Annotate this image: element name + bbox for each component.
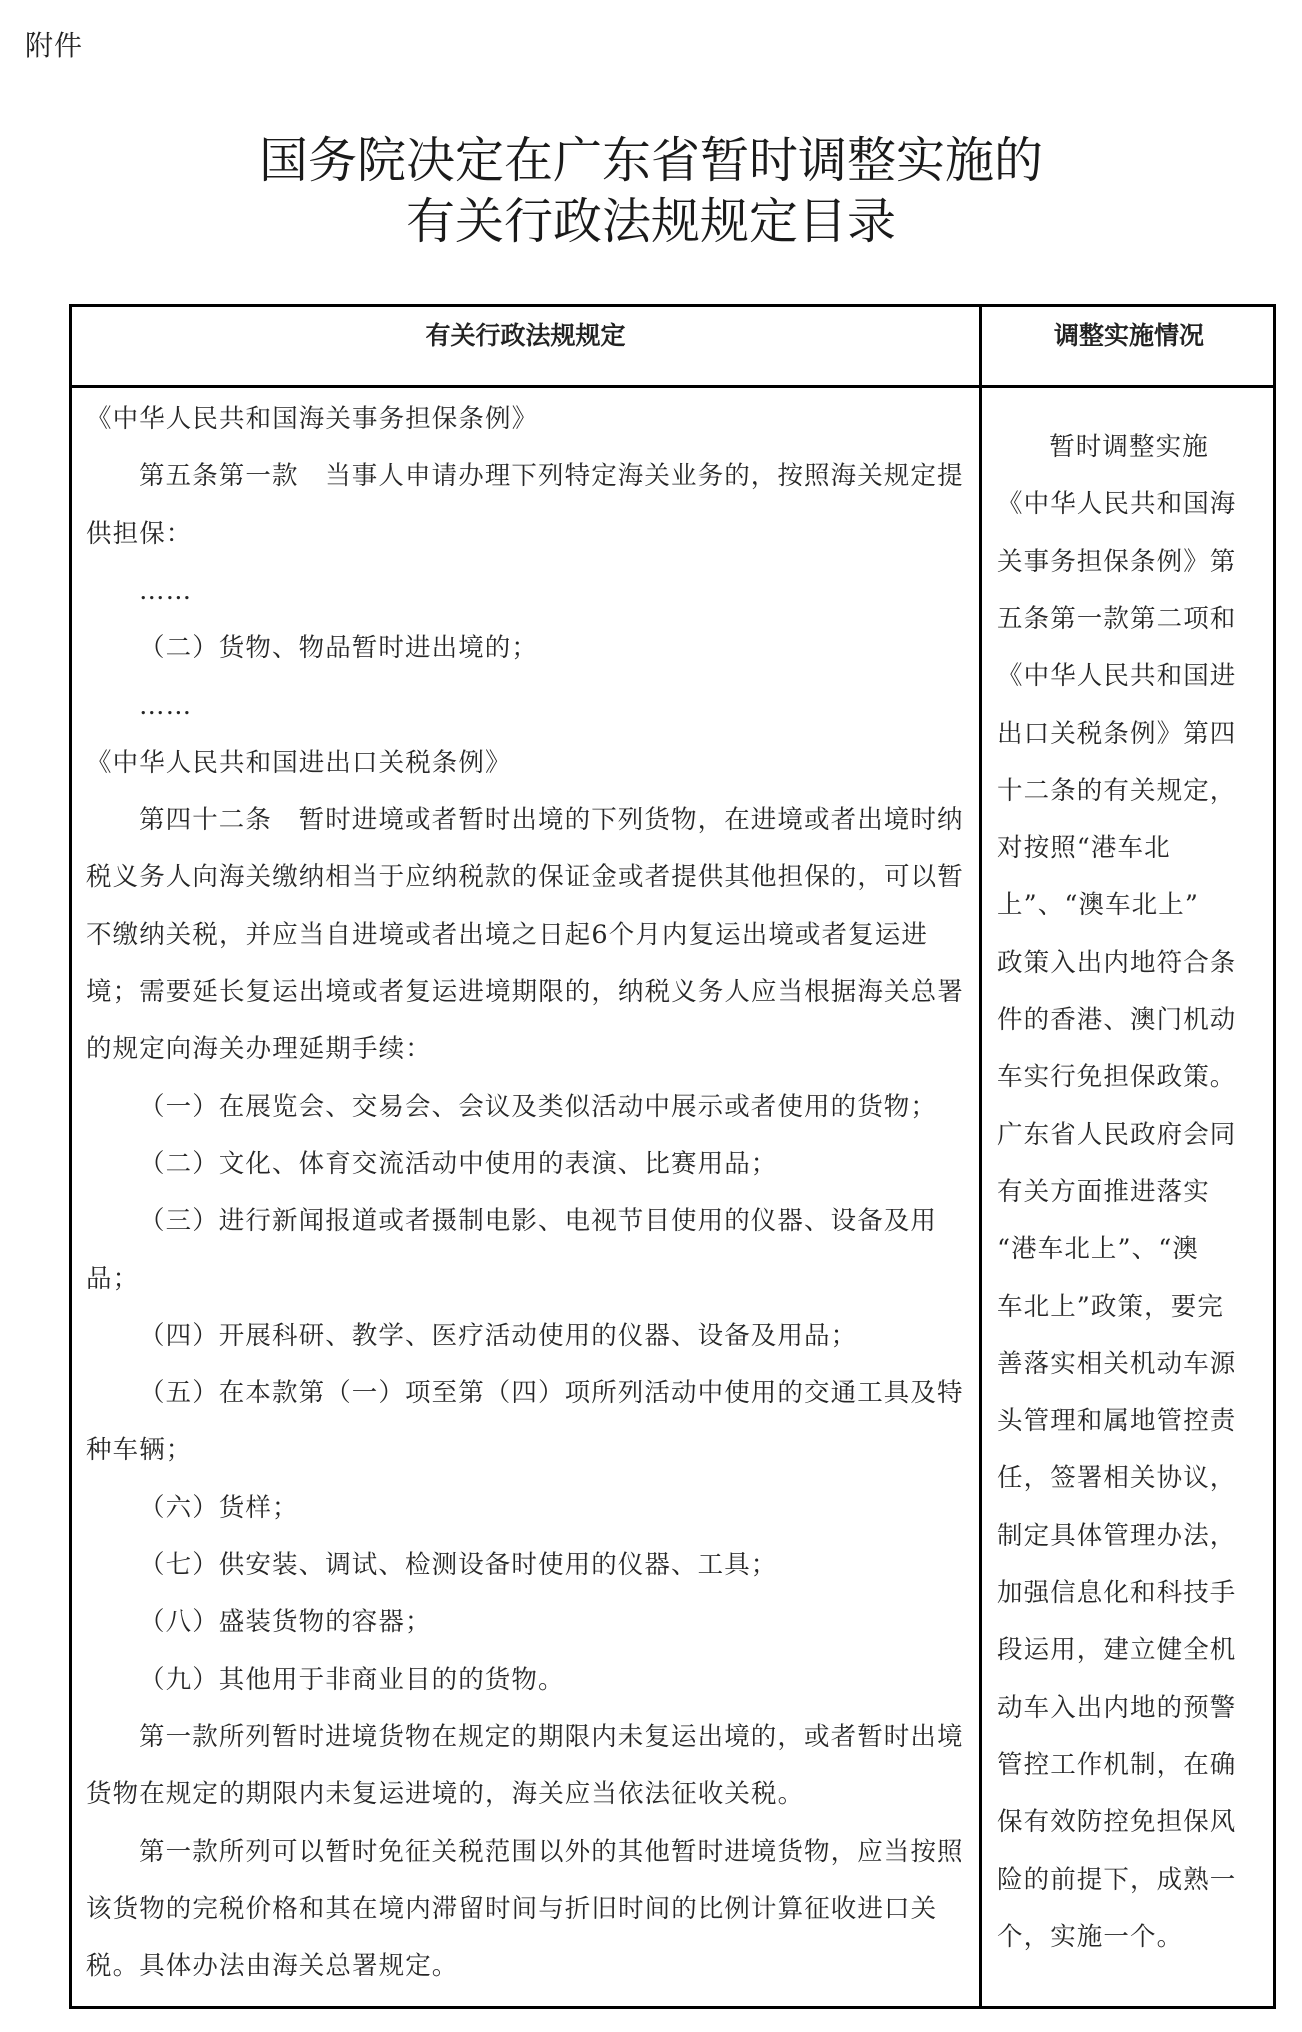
adjustment-text-line: 任，签署相关协议， bbox=[997, 1461, 1236, 1495]
column-header-regulations: 有关行政法规规定 bbox=[72, 318, 979, 354]
adjustment-text-line: 《中华人民共和国进 bbox=[997, 659, 1236, 693]
regulation-text-line: 《中华人民共和国海关事务担保条例》 bbox=[86, 402, 538, 436]
adjustment-text-line: 十二条的有关规定， bbox=[997, 774, 1236, 808]
adjustment-text-line: 件的香港、澳门机动 bbox=[997, 1003, 1236, 1037]
adjustment-text-line: 上”、“澳车北上” bbox=[997, 888, 1199, 922]
regulation-text-line: （五）在本款第（一）项至第（四）项所列活动中使用的交通工具及特 bbox=[139, 1376, 964, 1410]
adjustment-text-line: 出口关税条例》第四 bbox=[997, 717, 1236, 751]
adjustment-text-line: 善落实相关机动车源 bbox=[997, 1347, 1236, 1381]
regulation-text-line: 品； bbox=[86, 1262, 139, 1296]
adjustment-text-line: 车北上”政策，要完 bbox=[997, 1290, 1224, 1324]
adjustment-text-line: 五条第一款第二项和 bbox=[997, 602, 1236, 636]
regulation-text-line: （二）货物、物品暂时进出境的； bbox=[139, 631, 538, 665]
regulation-text-line: （四）开展科研、教学、医疗活动使用的仪器、设备及用品； bbox=[139, 1319, 857, 1353]
adjustment-text-line: 广东省人民政府会同 bbox=[997, 1118, 1236, 1152]
regulation-text-line: 该货物的完税价格和其在境内滞留时间与折旧时间的比例计算征收进口关 bbox=[86, 1892, 937, 1926]
regulation-text-line: 税。具体办法由海关总署规定。 bbox=[86, 1949, 458, 1983]
regulation-text-line: 税义务人向海关缴纳相当于应纳税款的保证金或者提供其他担保的，可以暂 bbox=[86, 860, 964, 894]
regulation-text-line: （六）货样； bbox=[139, 1491, 299, 1525]
adjustment-text-line: 动车入出内地的预警 bbox=[997, 1691, 1236, 1725]
regulation-text-line: 供担保： bbox=[86, 517, 192, 551]
adjustment-text-line: “港车北上”、“澳 bbox=[997, 1232, 1199, 1266]
adjustment-text-line: 险的前提下，成熟一 bbox=[997, 1863, 1236, 1897]
document-title-line-1: 国务院决定在广东省暂时调整实施的 bbox=[0, 131, 1302, 191]
regulation-text-line: （一）在展览会、交易会、会议及类似活动中展示或者使用的货物； bbox=[139, 1090, 937, 1124]
adjustment-text-line: 保有效防控免担保风 bbox=[997, 1805, 1236, 1839]
attachment-label: 附件 bbox=[25, 28, 83, 64]
regulation-text-line: （九）其他用于非商业目的的货物。 bbox=[139, 1663, 565, 1697]
adjustment-text-line: 制定具体管理办法， bbox=[997, 1519, 1236, 1553]
regulation-text-line: 的规定向海关办理延期手续： bbox=[86, 1032, 432, 1066]
regulation-text-line: （七）供安装、调试、检测设备时使用的仪器、工具； bbox=[139, 1548, 777, 1582]
adjustment-text-line: 有关方面推进落实 bbox=[997, 1175, 1210, 1209]
header-divider bbox=[69, 385, 1276, 388]
regulation-text-line: 货物在规定的期限内未复运进境的，海关应当依法征收关税。 bbox=[86, 1777, 804, 1811]
adjustment-text-line: 段运用，建立健全机 bbox=[997, 1633, 1236, 1667]
adjustment-text-line: 加强信息化和科技手 bbox=[997, 1576, 1236, 1610]
regulation-text-line: 不缴纳关税，并应当自进境或者出境之日起6个月内复运出境或者复运进 bbox=[86, 918, 928, 952]
adjustment-text-line: 车实行免担保政策。 bbox=[997, 1060, 1236, 1094]
regulation-text-line: （三）进行新闻报道或者摄制电影、电视节目使用的仪器、设备及用 bbox=[139, 1204, 937, 1238]
regulation-text-line: （二）文化、体育交流活动中使用的表演、比赛用品； bbox=[139, 1147, 777, 1181]
adjustment-text-line: 个，实施一个。 bbox=[997, 1920, 1183, 1954]
adjustment-text-line: 政策入出内地符合条 bbox=[997, 946, 1236, 980]
regulation-text-line: 种车辆； bbox=[86, 1433, 192, 1467]
adjustment-text-line: 对按照“港车北 bbox=[997, 831, 1171, 865]
regulation-text-line: 第一款所列可以暂时免征关税范围以外的其他暂时进境货物，应当按照 bbox=[139, 1835, 964, 1869]
regulation-text-line: 第五条第一款 当事人申请办理下列特定海关业务的，按照海关规定提 bbox=[139, 459, 964, 493]
column-header-adjustment: 调整实施情况 bbox=[982, 318, 1276, 354]
regulation-text-line: …… bbox=[139, 574, 192, 608]
adjustment-text-line: 关事务担保条例》第 bbox=[997, 545, 1236, 579]
column-divider bbox=[979, 304, 982, 2009]
regulation-text-line: …… bbox=[139, 689, 192, 723]
adjustment-text-line: 头管理和属地管控责 bbox=[997, 1404, 1236, 1438]
regulation-text-line: 第一款所列暂时进境货物在规定的期限内未复运出境的，或者暂时出境 bbox=[139, 1720, 964, 1754]
regulation-text-line: 《中华人民共和国进出口关税条例》 bbox=[86, 746, 512, 780]
regulation-text-line: 第四十二条 暂时进境或者暂时出境的下列货物，在进境或者出境时纳 bbox=[139, 803, 964, 837]
document-title-line-2: 有关行政法规规定目录 bbox=[0, 192, 1302, 252]
adjustment-text-line: 《中华人民共和国海 bbox=[997, 487, 1236, 521]
regulation-text-line: 境；需要延长复运出境或者复运进境期限的，纳税义务人应当根据海关总署 bbox=[86, 975, 964, 1009]
adjustment-text-line: 暂时调整实施 bbox=[982, 430, 1276, 464]
regulation-text-line: （八）盛装货物的容器； bbox=[139, 1605, 432, 1639]
adjustment-text-line: 管控工作机制，在确 bbox=[997, 1748, 1236, 1782]
